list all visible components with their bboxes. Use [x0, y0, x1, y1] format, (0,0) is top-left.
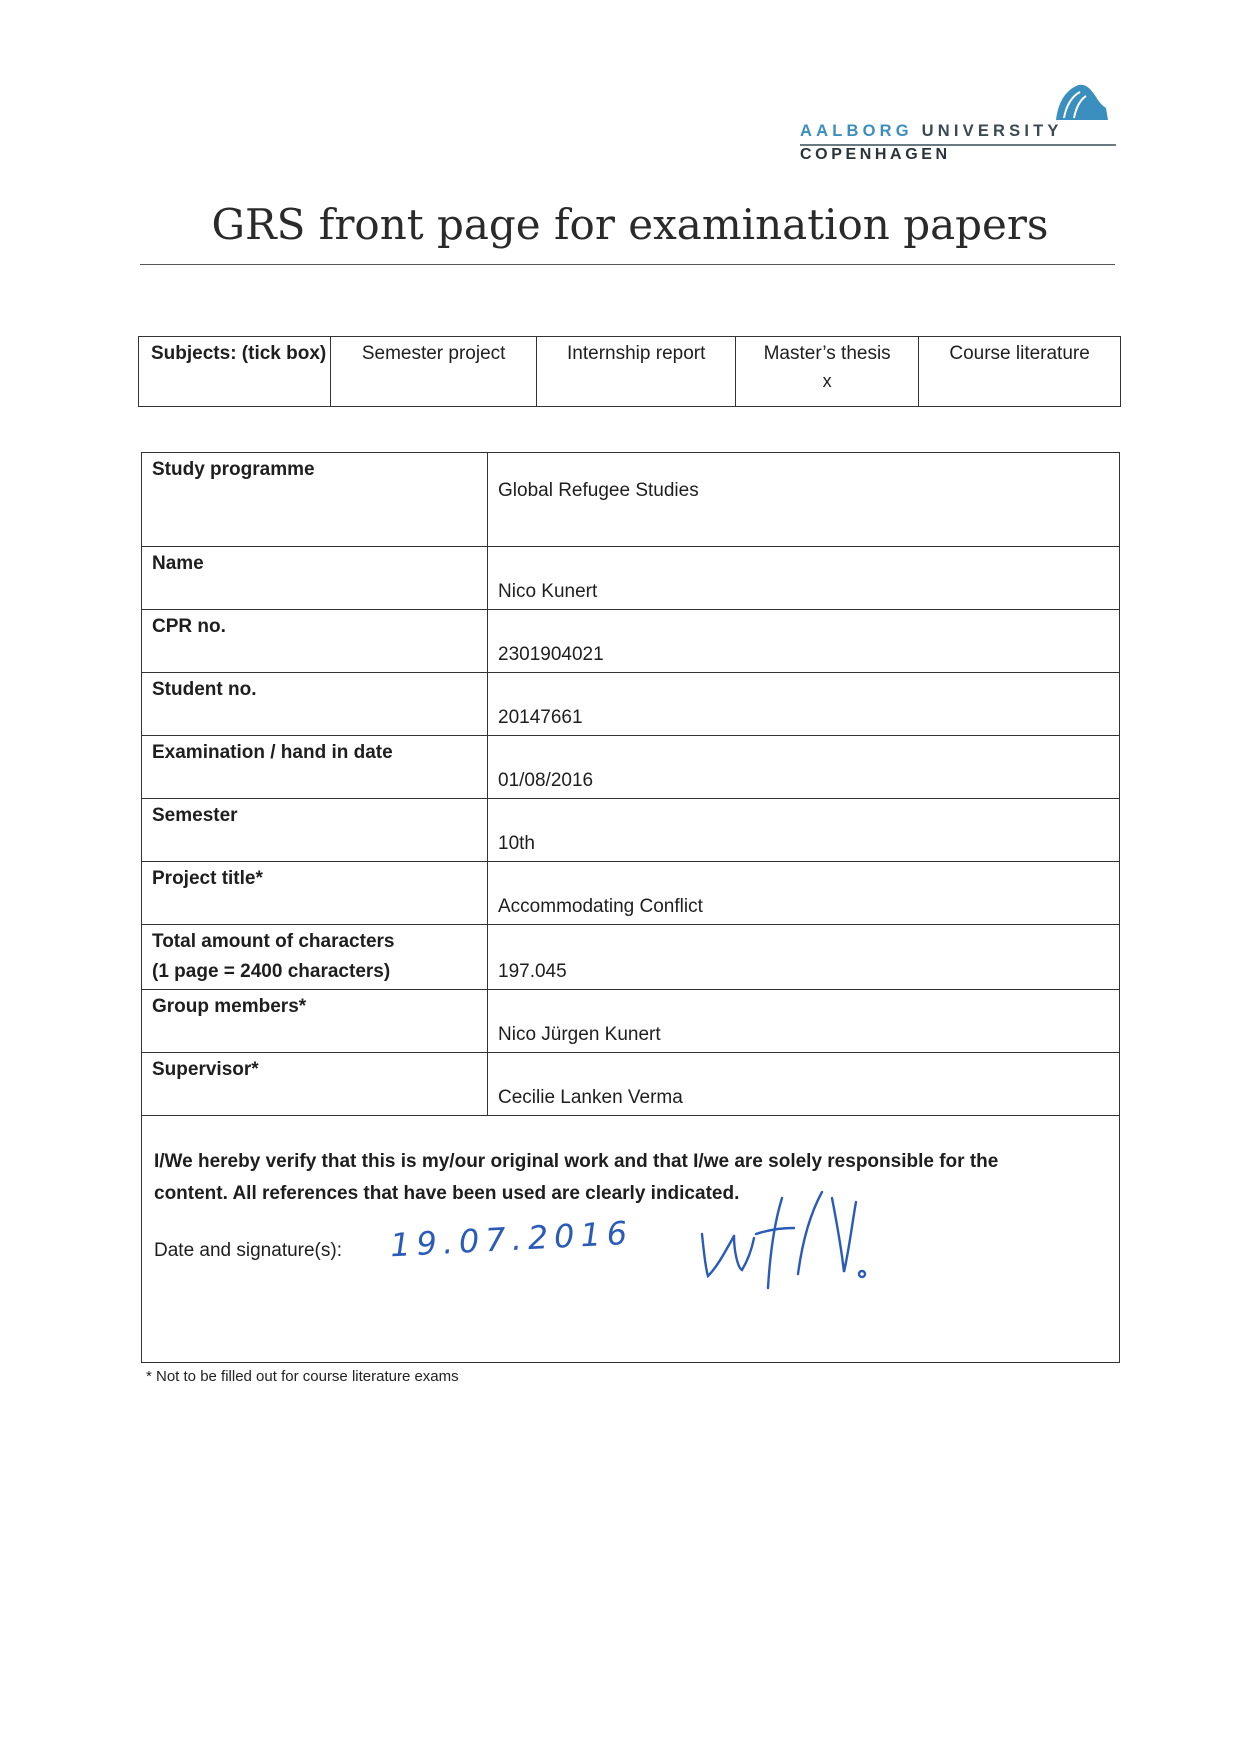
- signature-icon[interactable]: [682, 1184, 882, 1294]
- table-row: Supervisor*Cecilie Lanken Verma: [142, 1053, 1120, 1116]
- table-row: Examination / hand in date01/08/2016: [142, 736, 1120, 799]
- subject-internship-report[interactable]: Internship report: [537, 337, 736, 407]
- characters-field[interactable]: 197.045: [488, 925, 1120, 990]
- field-label: CPR no.: [142, 610, 488, 673]
- student-no-field[interactable]: 20147661: [488, 673, 1120, 736]
- subject-masters-thesis[interactable]: Master’s thesisx: [736, 337, 919, 407]
- field-label: Total amount of characters(1 page = 2400…: [142, 925, 488, 990]
- tick-mark: x: [737, 371, 917, 392]
- field-label: Project title*: [142, 862, 488, 925]
- declaration-text: I/We hereby verify that this is my/our o…: [154, 1146, 1074, 1210]
- logo-university: UNIVERSITY: [922, 122, 1063, 140]
- field-label: Semester: [142, 799, 488, 862]
- info-table: Study programmeGlobal Refugee Studies Na…: [141, 452, 1120, 1116]
- cpr-field[interactable]: 2301904021: [488, 610, 1120, 673]
- hand-in-date-field[interactable]: 01/08/2016: [488, 736, 1120, 799]
- declaration-box: I/We hereby verify that this is my/our o…: [141, 1114, 1120, 1363]
- name-field[interactable]: Nico Kunert: [488, 547, 1120, 610]
- table-row: Total amount of characters(1 page = 2400…: [142, 925, 1120, 990]
- page-title: GRS front page for examination papers: [140, 200, 1120, 249]
- field-label: Supervisor*: [142, 1053, 488, 1116]
- logo-copenhagen: COPENHAGEN: [800, 146, 951, 164]
- table-row: Student no.20147661: [142, 673, 1120, 736]
- logo-aalborg: AALBORG: [800, 122, 913, 140]
- semester-field[interactable]: 10th: [488, 799, 1120, 862]
- table-row: NameNico Kunert: [142, 547, 1120, 610]
- field-label: Study programme: [142, 453, 488, 547]
- footnote: * Not to be filled out for course litera…: [146, 1368, 459, 1385]
- table-row: Group members*Nico Jürgen Kunert: [142, 990, 1120, 1053]
- table-row: Project title*Accommodating Conflict: [142, 862, 1120, 925]
- project-title-field[interactable]: Accommodating Conflict: [488, 862, 1120, 925]
- logo-wave-icon: [1050, 82, 1110, 122]
- title-divider: [140, 264, 1115, 265]
- subjects-table: Subjects: (tick box) Semester project In…: [138, 336, 1121, 407]
- table-row: Semester10th: [142, 799, 1120, 862]
- date-signature-label: Date and signature(s):: [154, 1240, 342, 1262]
- subject-course-literature[interactable]: Course literature: [919, 337, 1121, 407]
- supervisor-field[interactable]: Cecilie Lanken Verma: [488, 1053, 1120, 1116]
- university-logo: AALBORG UNIVERSITY COPENHAGEN: [800, 82, 1120, 172]
- study-programme-field[interactable]: Global Refugee Studies: [488, 453, 1120, 547]
- field-label: Examination / hand in date: [142, 736, 488, 799]
- field-label: Group members*: [142, 990, 488, 1053]
- handwritten-date[interactable]: 19.07.2016: [389, 1214, 634, 1265]
- table-row: Study programmeGlobal Refugee Studies: [142, 453, 1120, 547]
- table-row: CPR no.2301904021: [142, 610, 1120, 673]
- subjects-header: Subjects: (tick box): [139, 337, 331, 407]
- group-members-field[interactable]: Nico Jürgen Kunert: [488, 990, 1120, 1053]
- subject-semester-project[interactable]: Semester project: [331, 337, 537, 407]
- field-label: Name: [142, 547, 488, 610]
- field-label: Student no.: [142, 673, 488, 736]
